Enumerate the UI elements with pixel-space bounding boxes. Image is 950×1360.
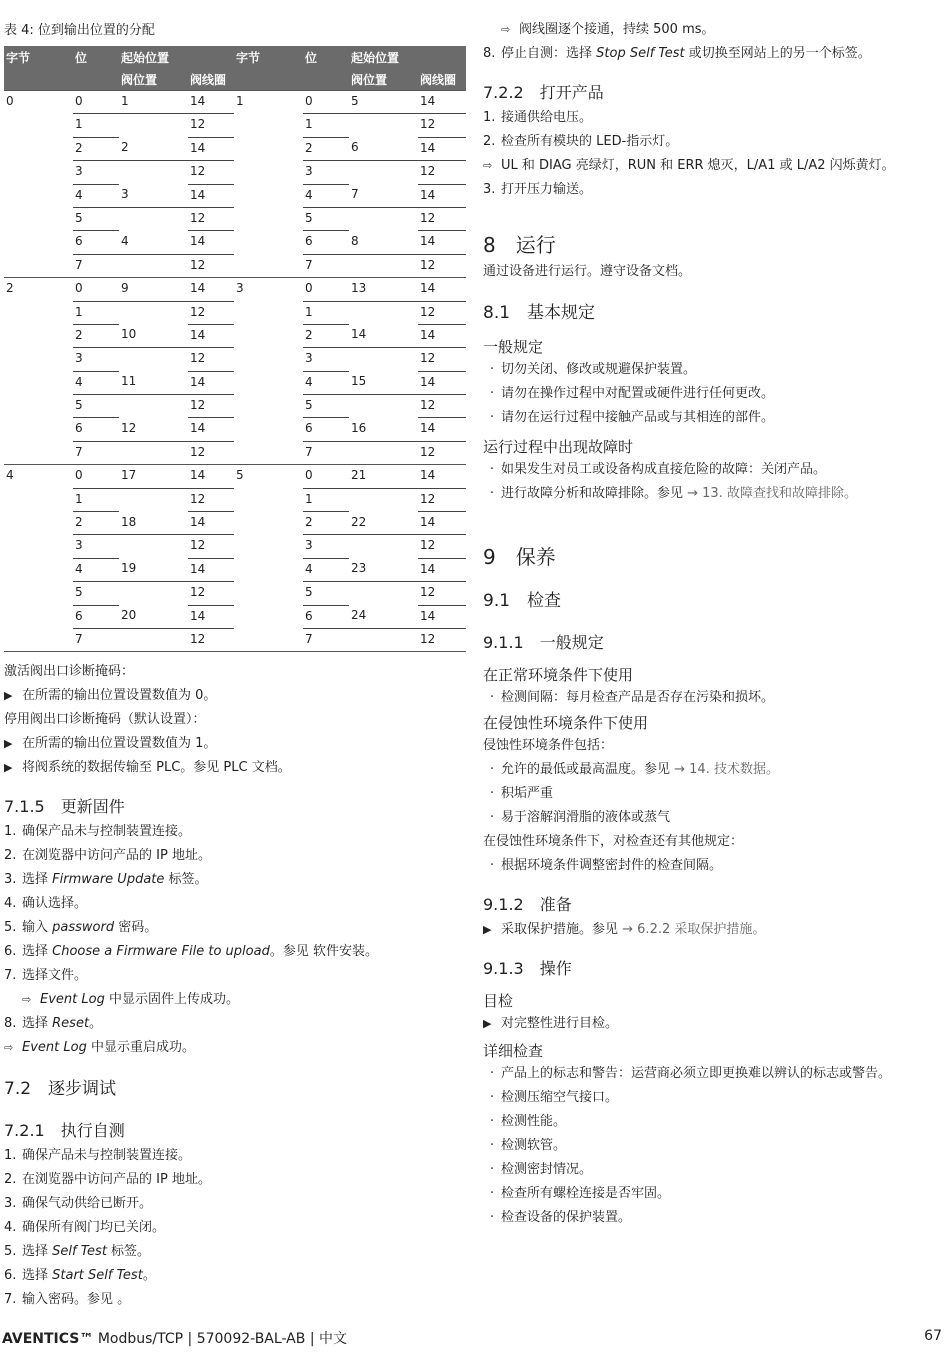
table-cell: 5: [349, 91, 418, 114]
selftest-step-3: 3.确保气动供给已断开。: [4, 1192, 466, 1216]
table-cell: [234, 301, 303, 324]
th-valve-pos-l: 阀位置: [119, 68, 188, 91]
bullet-icon: ·: [483, 1086, 501, 1110]
table-cell: 14: [418, 605, 466, 628]
table-cell: 18: [119, 512, 188, 535]
table-cell: 7: [303, 628, 349, 651]
table-cell: [349, 628, 418, 651]
table-cell: [4, 605, 73, 628]
table-cell: 14: [188, 324, 234, 347]
table-caption: 表 4: 位到输出位置的分配: [4, 20, 466, 42]
table-cell: 12: [188, 488, 234, 511]
table-cell: 2: [303, 512, 349, 535]
th-coil-r: 阀线圈: [418, 68, 466, 91]
corrosive-3: ·易于溶解润滑脂的液体或蒸气: [483, 806, 943, 830]
table-row: 512512: [4, 207, 466, 230]
step-3: 3.选择 Firmware Update 标签。: [4, 868, 466, 892]
table-cell: [4, 582, 73, 605]
table-cell: [4, 348, 73, 371]
table-cell: 14: [188, 371, 234, 394]
corrosive-rule: 在侵蚀性环境条件下，对检查还有其他规定：: [483, 830, 943, 854]
table-cell: 6: [73, 605, 119, 628]
table-cell: [119, 441, 188, 464]
table-cell: [4, 558, 73, 581]
table-cell: [349, 348, 418, 371]
table-cell: 0: [73, 278, 119, 301]
th-byte-l: 字节: [4, 46, 73, 68]
table-cell: 4: [73, 371, 119, 394]
table-cell: [4, 231, 73, 254]
table-row: 112112: [4, 488, 466, 511]
table-cell: 12: [418, 254, 466, 277]
table-cell: 5: [73, 395, 119, 418]
table-cell: 4: [4, 465, 73, 488]
table-cell: 12: [188, 114, 234, 137]
table-cell: 7: [73, 254, 119, 277]
selftest-step-1: 1.确保产品未与控制装置连接。: [4, 1144, 466, 1168]
detail-4: ·检测软管。: [483, 1134, 943, 1158]
fault-2: ·进行故障分析和故障排除。参见 → 13. 故障查找和故障排除。: [483, 482, 943, 506]
heading-9-1-2: 9.1.2 准备: [483, 892, 943, 918]
table-cell: 6: [303, 231, 349, 254]
bullet-icon: ·: [483, 782, 501, 806]
power-step-1: 1.接通供给电压。: [483, 106, 943, 130]
table-cell: 14: [188, 465, 234, 488]
table-cell: [4, 137, 73, 160]
table-cell: 3: [73, 535, 119, 558]
table-cell: [119, 301, 188, 324]
table-cell: 4: [119, 231, 188, 254]
th-coil-l: 阀线圈: [188, 68, 234, 91]
table-cell: [349, 301, 418, 324]
transfer-step: ▶将阀系统的数据传输至 PLC。参见 PLC 文档。: [4, 756, 466, 780]
table-cell: 12: [418, 628, 466, 651]
general-2: ·请勿在操作过程中对配置或硬件进行任何更改。: [483, 382, 943, 406]
table-cell: 12: [418, 441, 466, 464]
corrosive-4: ·根据环境条件调整密封件的检查间隔。: [483, 854, 943, 878]
table-cell: [234, 628, 303, 651]
table-cell: [234, 231, 303, 254]
table-cell: 14: [418, 418, 466, 441]
selftest-step-8: 8.停止自测：选择 Stop Self Test 或切换至网站上的另一个标签。: [483, 42, 943, 66]
prep-step: ▶采取保护措施。参见 → 6.2.2 采取保护措施。: [483, 918, 943, 942]
table-cell: 13: [349, 278, 418, 301]
power-result-2: ⇨UL 和 DIAG 亮绿灯，RUN 和 ERR 熄灭，L/A1 或 L/A2 …: [483, 154, 943, 178]
table-row: 112112: [4, 301, 466, 324]
link-troubleshooting[interactable]: → 13. 故障查找和故障排除: [687, 486, 844, 501]
table-cell: [349, 535, 418, 558]
table-cell: 23: [349, 558, 418, 581]
table-cell: [119, 395, 188, 418]
table-cell: [349, 207, 418, 230]
table-cell: [349, 441, 418, 464]
bullet-icon: ·: [483, 358, 501, 382]
selftest-step-5: 5.选择 Self Test 标签。: [4, 1240, 466, 1264]
heading-7-2: 7.2 逐步调试: [4, 1074, 466, 1104]
table-cell: [4, 114, 73, 137]
table-cell: 7: [303, 254, 349, 277]
bullet-icon: ·: [483, 382, 501, 406]
table-cell: 21: [349, 465, 418, 488]
table-cell: [234, 512, 303, 535]
heading-9-1-1: 9.1.1 一般规定: [483, 630, 943, 656]
step-6: 6.选择 Choose a Firmware File to upload。参见…: [4, 940, 466, 964]
general-title: 一般规定: [483, 336, 943, 358]
table-cell: 2: [73, 512, 119, 535]
table-cell: [4, 207, 73, 230]
table-cell: 1: [73, 488, 119, 511]
table-cell: [234, 114, 303, 137]
table-cell: 12: [188, 207, 234, 230]
table-cell: 1: [73, 301, 119, 324]
table-cell: 12: [418, 207, 466, 230]
table-cell: 14: [188, 184, 234, 207]
detail-3: ·检测性能。: [483, 1110, 943, 1134]
table-cell: 24: [349, 605, 418, 628]
table-cell: 12: [188, 582, 234, 605]
step-4: 4.确认选择。: [4, 892, 466, 916]
bullet-icon: ·: [483, 1134, 501, 1158]
table-cell: 12: [188, 161, 234, 184]
bit-assignment-table: 字节 位 起始位置 字节 位 起始位置 阀位置 阀线圈 阀位置 阀线圈 0011…: [4, 46, 466, 652]
table-cell: 20: [119, 605, 188, 628]
general-1: ·切勿关闭、修改或规避保护装置。: [483, 358, 943, 382]
table-cell: 2: [303, 324, 349, 347]
table-cell: 14: [188, 278, 234, 301]
table-cell: [234, 558, 303, 581]
table-row: 6201462414: [4, 605, 466, 628]
table-cell: 14: [188, 512, 234, 535]
table-cell: [234, 207, 303, 230]
table-cell: 0: [303, 91, 349, 114]
table-row: 512512: [4, 582, 466, 605]
deactivate-step: ▶在所需的输出位置设置数值为 1。: [4, 732, 466, 756]
table-cell: 3: [234, 278, 303, 301]
table-cell: 14: [418, 371, 466, 394]
page-footer: AVENTICS™ Modbus/TCP | 570092-BAL-AB | 中…: [2, 1328, 944, 1348]
detail-7: ·检查设备的保护装置。: [483, 1206, 943, 1230]
table-row: 312312: [4, 348, 466, 371]
corrosive-title: 在侵蚀性环境条件下使用: [483, 712, 943, 734]
table-cell: 0: [303, 465, 349, 488]
table-cell: 12: [188, 441, 234, 464]
table-cell: 12: [418, 114, 466, 137]
heading-7-2-1: 7.2.1 执行自测: [4, 1118, 466, 1144]
table-cell: [234, 582, 303, 605]
table-cell: 2: [303, 137, 349, 160]
table-cell: [349, 114, 418, 137]
table-cell: [234, 137, 303, 160]
table-cell: [4, 395, 73, 418]
table-cell: [4, 371, 73, 394]
table-cell: [4, 254, 73, 277]
table-row: 4111441514: [4, 371, 466, 394]
result-7: ⇨Event Log 中显示固件上传成功。: [4, 988, 466, 1012]
table-cell: [119, 254, 188, 277]
table-cell: 6: [73, 418, 119, 441]
table-row: 512512: [4, 395, 466, 418]
table-cell: 17: [119, 465, 188, 488]
selftest-step-2: 2.在浏览器中访问产品的 IP 地址。: [4, 1168, 466, 1192]
result-arrow-icon: ⇨: [22, 988, 40, 1012]
table-cell: 11: [119, 371, 188, 394]
table-cell: 14: [188, 137, 234, 160]
table-cell: [349, 488, 418, 511]
table-cell: 7: [73, 628, 119, 651]
result-8: ⇨Event Log 中显示重启成功。: [4, 1036, 466, 1060]
table-cell: 14: [418, 91, 466, 114]
deactivate-label: 停用阀出口诊断掩码（默认设置）：: [4, 708, 466, 732]
table-cell: 6: [73, 231, 119, 254]
table-cell: [234, 535, 303, 558]
th-start-r: 起始位置: [349, 46, 418, 68]
table-cell: 7: [73, 441, 119, 464]
table-cell: 1: [303, 488, 349, 511]
table-cell: 12: [418, 161, 466, 184]
table-cell: 5: [303, 207, 349, 230]
fault-1: ·如果发生对员工或设备构成直接危险的故障：关闭产品。: [483, 458, 943, 482]
table-cell: 6: [349, 137, 418, 160]
right-column: ⇨阀线圈逐个接通，持续 500 ms。 8.停止自测：选择 Stop Self …: [483, 18, 943, 1230]
table-cell: 14: [188, 91, 234, 114]
table-row: 2101421414: [4, 324, 466, 347]
table-cell: [119, 582, 188, 605]
table-cell: [119, 535, 188, 558]
bullet-icon: ·: [483, 1062, 501, 1086]
table-cell: 0: [73, 465, 119, 488]
table-cell: 5: [303, 582, 349, 605]
selftest-result-7: ⇨阀线圈逐个接通，持续 500 ms。: [483, 18, 943, 42]
table-row: 2181422214: [4, 512, 466, 535]
table-cell: 0: [303, 278, 349, 301]
table-cell: [234, 418, 303, 441]
table-cell: 3: [303, 161, 349, 184]
corrosive-2: ·积垢严重: [483, 782, 943, 806]
table-row: 312312: [4, 161, 466, 184]
table-cell: 2: [4, 278, 73, 301]
table-cell: [234, 371, 303, 394]
table-cell: 4: [303, 558, 349, 581]
table-row: 43144714: [4, 184, 466, 207]
brand-name: AVENTICS™: [2, 1331, 93, 1347]
table-cell: 9: [119, 278, 188, 301]
table-cell: 6: [303, 605, 349, 628]
result-arrow-icon: ⇨: [483, 154, 501, 178]
table-cell: [234, 254, 303, 277]
bullet-icon: ·: [483, 1182, 501, 1206]
table-cell: 12: [188, 348, 234, 371]
table-cell: 14: [188, 231, 234, 254]
s8-text: 通过设备进行运行。遵守设备文档。: [483, 260, 943, 284]
table-cell: [119, 114, 188, 137]
table-cell: 12: [418, 535, 466, 558]
triangle-icon: ▶: [483, 918, 501, 942]
table-cell: 14: [188, 558, 234, 581]
table-cell: [4, 324, 73, 347]
table-cell: 12: [418, 301, 466, 324]
table-cell: 10: [119, 324, 188, 347]
link-protective-measures[interactable]: → 6.2.2 采取保护措施: [622, 922, 752, 937]
table-cell: [4, 161, 73, 184]
table-cell: [119, 348, 188, 371]
table-cell: [4, 184, 73, 207]
bullet-icon: ·: [483, 686, 501, 710]
normal-title: 在正常环境条件下使用: [483, 664, 943, 686]
table-cell: 5: [73, 582, 119, 605]
table-cell: 14: [188, 605, 234, 628]
table-cell: [349, 582, 418, 605]
table-cell: [119, 161, 188, 184]
heading-7-1-5: 7.1.5 更新固件: [4, 794, 466, 820]
heading-8-1: 8.1 基本规定: [483, 298, 943, 328]
table-cell: 1: [303, 301, 349, 324]
heading-9: 9 保养: [483, 542, 943, 572]
bullet-icon: ·: [483, 854, 501, 878]
th-start-l: 起始位置: [119, 46, 188, 68]
selftest-step-4: 4.确保所有阀门均已关闭。: [4, 1216, 466, 1240]
table-cell: [349, 254, 418, 277]
table-cell: 12: [418, 348, 466, 371]
selftest-step-6: 6.选择 Start Self Test。: [4, 1264, 466, 1288]
table-cell: [234, 488, 303, 511]
table-cell: 14: [418, 278, 466, 301]
table-row: 712712: [4, 254, 466, 277]
table-cell: [234, 605, 303, 628]
table-cell: 4: [73, 558, 119, 581]
table-cell: 14: [349, 324, 418, 347]
table-row: 0011410514: [4, 91, 466, 114]
triangle-icon: ▶: [4, 732, 22, 756]
bullet-icon: ·: [483, 406, 501, 430]
table-cell: 14: [418, 137, 466, 160]
table-cell: [234, 324, 303, 347]
table-cell: 14: [418, 512, 466, 535]
table-cell: [4, 488, 73, 511]
heading-8: 8 运行: [483, 230, 943, 260]
corrosive-intro: 侵蚀性环境条件包括：: [483, 734, 943, 758]
heading-9-1: 9.1 检查: [483, 586, 943, 616]
table-cell: 1: [73, 114, 119, 137]
table-cell: [119, 628, 188, 651]
step-1: 1.确保产品未与控制装置连接。: [4, 820, 466, 844]
table-cell: 22: [349, 512, 418, 535]
normal-1: ·检测间隔：每月检查产品是否存在污染和损坏。: [483, 686, 943, 710]
table-row: 112112: [4, 114, 466, 137]
heading-7-2-2: 7.2.2 打开产品: [483, 80, 943, 106]
table-row: 22142614: [4, 137, 466, 160]
table-cell: 2: [119, 137, 188, 160]
table-cell: 14: [418, 184, 466, 207]
table-cell: [4, 418, 73, 441]
corrosive-1: ·允许的最低或最高温度。参见 → 14. 技术数据。: [483, 758, 943, 782]
bullet-icon: ·: [483, 806, 501, 830]
table-cell: 7: [303, 441, 349, 464]
table-cell: 14: [418, 465, 466, 488]
table-row: 4191442314: [4, 558, 466, 581]
doc-info: Modbus/TCP | 570092-BAL-AB | 中文: [93, 1331, 347, 1347]
step-5: 5.输入 password 密码。: [4, 916, 466, 940]
table-cell: 4: [303, 371, 349, 394]
table-cell: 14: [418, 231, 466, 254]
table-cell: 5: [234, 465, 303, 488]
table-cell: 14: [418, 324, 466, 347]
table-row: 6121461614: [4, 418, 466, 441]
result-arrow-icon: ⇨: [4, 1036, 22, 1060]
table-cell: [4, 512, 73, 535]
th-bit-l: 位: [73, 46, 119, 68]
table-cell: 14: [188, 418, 234, 441]
table-cell: [234, 161, 303, 184]
th-bit-r: 位: [303, 46, 349, 68]
table-cell: 12: [188, 395, 234, 418]
step-2: 2.在浏览器中访问产品的 IP 地址。: [4, 844, 466, 868]
table-cell: 12: [119, 418, 188, 441]
table-cell: 12: [188, 535, 234, 558]
table-row: 401714502114: [4, 465, 466, 488]
table-cell: 3: [119, 184, 188, 207]
bullet-icon: ·: [483, 1206, 501, 1230]
table-cell: 4: [303, 184, 349, 207]
selftest-step-7: 7.输入密码。参见 。: [4, 1288, 466, 1312]
table-cell: [4, 441, 73, 464]
step-8: 8.选择 Reset。: [4, 1012, 466, 1036]
table-cell: [119, 488, 188, 511]
table-cell: 3: [73, 348, 119, 371]
detail-1: ·产品上的标志和警告：运营商必须立即更换难以辨认的标志或警告。: [483, 1062, 943, 1086]
th-valve-pos-r: 阀位置: [349, 68, 418, 91]
table-cell: [234, 441, 303, 464]
th-byte-r: 字节: [234, 46, 303, 68]
bullet-icon: ·: [483, 758, 501, 782]
table-cell: 7: [349, 184, 418, 207]
table-cell: 12: [418, 488, 466, 511]
table-row: 712712: [4, 628, 466, 651]
detail-2: ·检测压缩空气接口。: [483, 1086, 943, 1110]
triangle-icon: ▶: [483, 1012, 501, 1036]
table-body: 0011410514112112221426143123124314471451…: [4, 91, 466, 652]
table-cell: 2: [73, 324, 119, 347]
step-7: 7.选择文件。: [4, 964, 466, 988]
link-tech-data[interactable]: → 14. 技术数据: [674, 762, 766, 777]
table-cell: 8: [349, 231, 418, 254]
heading-9-1-3: 9.1.3 操作: [483, 956, 943, 982]
table-row: 20914301314: [4, 278, 466, 301]
left-column: 表 4: 位到输出位置的分配 字节 位 起始位置 字节 位 起始位置 阀位置 阀…: [4, 20, 466, 1312]
table-cell: 19: [119, 558, 188, 581]
general-3: ·请勿在运行过程中接触产品或与其相连的部件。: [483, 406, 943, 430]
table-cell: [4, 301, 73, 324]
table-cell: 16: [349, 418, 418, 441]
bullet-icon: ·: [483, 482, 501, 506]
table-cell: 5: [303, 395, 349, 418]
table-cell: 0: [73, 91, 119, 114]
table-cell: 2: [73, 137, 119, 160]
triangle-icon: ▶: [4, 756, 22, 780]
visual-1: ▶对完整性进行目检。: [483, 1012, 943, 1036]
triangle-icon: ▶: [4, 684, 22, 708]
table-cell: 1: [303, 114, 349, 137]
table-row: 64146814: [4, 231, 466, 254]
table-cell: 1: [119, 91, 188, 114]
table-cell: 0: [4, 91, 73, 114]
result-arrow-icon: ⇨: [501, 18, 519, 42]
detail-6: ·检查所有螺栓连接是否牢固。: [483, 1182, 943, 1206]
table-cell: 1: [234, 91, 303, 114]
table-row: 312312: [4, 535, 466, 558]
table-cell: [349, 395, 418, 418]
table-cell: 3: [303, 535, 349, 558]
table-cell: [349, 161, 418, 184]
